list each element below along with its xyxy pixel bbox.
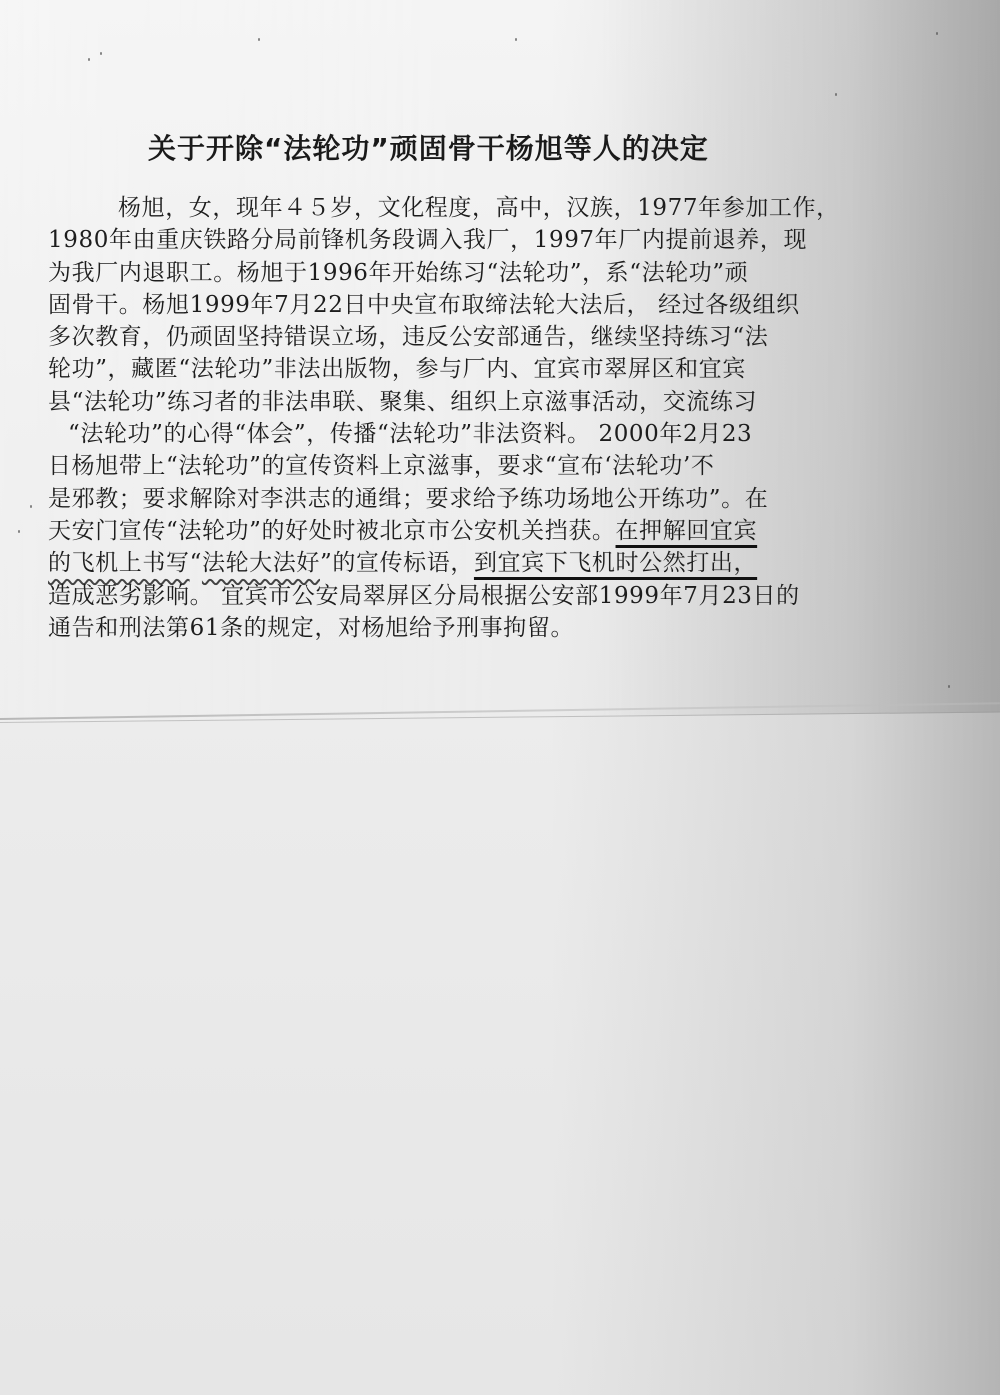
body-line-4: 固骨干。杨旭1999年7月22日中央宣布取缔法轮大法后， 经过各级组织 (48, 289, 968, 321)
body-line-11: 天安门宣传“法轮功”的好处时被北京市公安机关挡获。在押解回宜宾 (48, 515, 968, 547)
scan-speck (100, 52, 102, 55)
body-line-5: 多次教育，仍顽固坚持错误立场，违反公安部通告，继续坚持练习“法 (48, 321, 968, 353)
body-line-8: “法轮功”的心得“体会”，传播“法轮功”非法资料。 2000年2月23 (48, 418, 968, 450)
document-body: 杨旭，女，现年４５岁，文化程度，高中，汉族，1977年参加工作， 1980年由重… (48, 192, 968, 644)
wavy-underlined-phrase-1: 的飞机上书写 (48, 550, 190, 576)
body-line-1: 杨旭，女，现年４５岁，文化程度，高中，汉族，1977年参加工作， (48, 192, 968, 224)
scan-speck (258, 38, 260, 41)
body-line-6: 轮功”，藏匿“法轮功”非法出版物，参与厂内、宜宾市翠屏区和宜宾 (48, 353, 968, 385)
body-line-2: 1980年由重庆铁路分局前锋机务段调入我厂，1997年厂内提前退养，现 (48, 224, 968, 256)
body-line-3: 为我厂内退职工。杨旭于1996年开始练习“法轮功”，系“法轮功”顽 (48, 257, 968, 289)
scan-speck (948, 685, 950, 688)
hand-underlined-phrase-2: 到宜宾下飞机时公然打出， (474, 550, 757, 576)
scan-speck (936, 32, 938, 35)
body-line-9: 日杨旭带上“法轮功”的宣传资料上京滋事，要求“宣布‘法轮功’不 (48, 450, 968, 482)
body-line-11-text: 天安门宣传“法轮功”的好处时被北京市公安机关挡获。 (48, 518, 616, 544)
hand-underlined-phrase: 在押解回宜宾 (616, 518, 758, 544)
body-line-13: 造成恶劣影响。 宜宾市公安局翠屏区分局根据公安部1999年7月23日的 (48, 580, 968, 612)
wavy-underlined-phrase-2: 法轮大法好 (202, 550, 320, 576)
photographed-document: 关于开除“法轮功”顽固骨干杨旭等人的决定 杨旭，女，现年４５岁，文化程度，高中，… (0, 0, 1000, 1395)
scan-speck (515, 38, 517, 41)
quote-open: “ (190, 550, 202, 576)
scan-speck (18, 530, 20, 533)
body-line-14: 通告和刑法第61条的规定，对杨旭给予刑事拘留。 (48, 612, 968, 644)
document-title: 关于开除“法轮功”顽固骨干杨旭等人的决定 (148, 127, 709, 167)
scan-speck (88, 58, 90, 61)
scan-speck (30, 505, 32, 508)
body-line-12: 的飞机上书写“法轮大法好”的宣传标语，到宜宾下飞机时公然打出， (48, 547, 968, 579)
scan-speck (835, 93, 837, 96)
body-line-12-text: ”的宣传标语， (320, 550, 474, 576)
body-line-10: 是邪教；要求解除对李洪志的通缉；要求给予练功场地公开练功”。在 (48, 483, 968, 515)
body-line-7: 县“法轮功”练习者的非法串联、聚集、组织上京滋事活动，交流练习 (48, 386, 968, 418)
